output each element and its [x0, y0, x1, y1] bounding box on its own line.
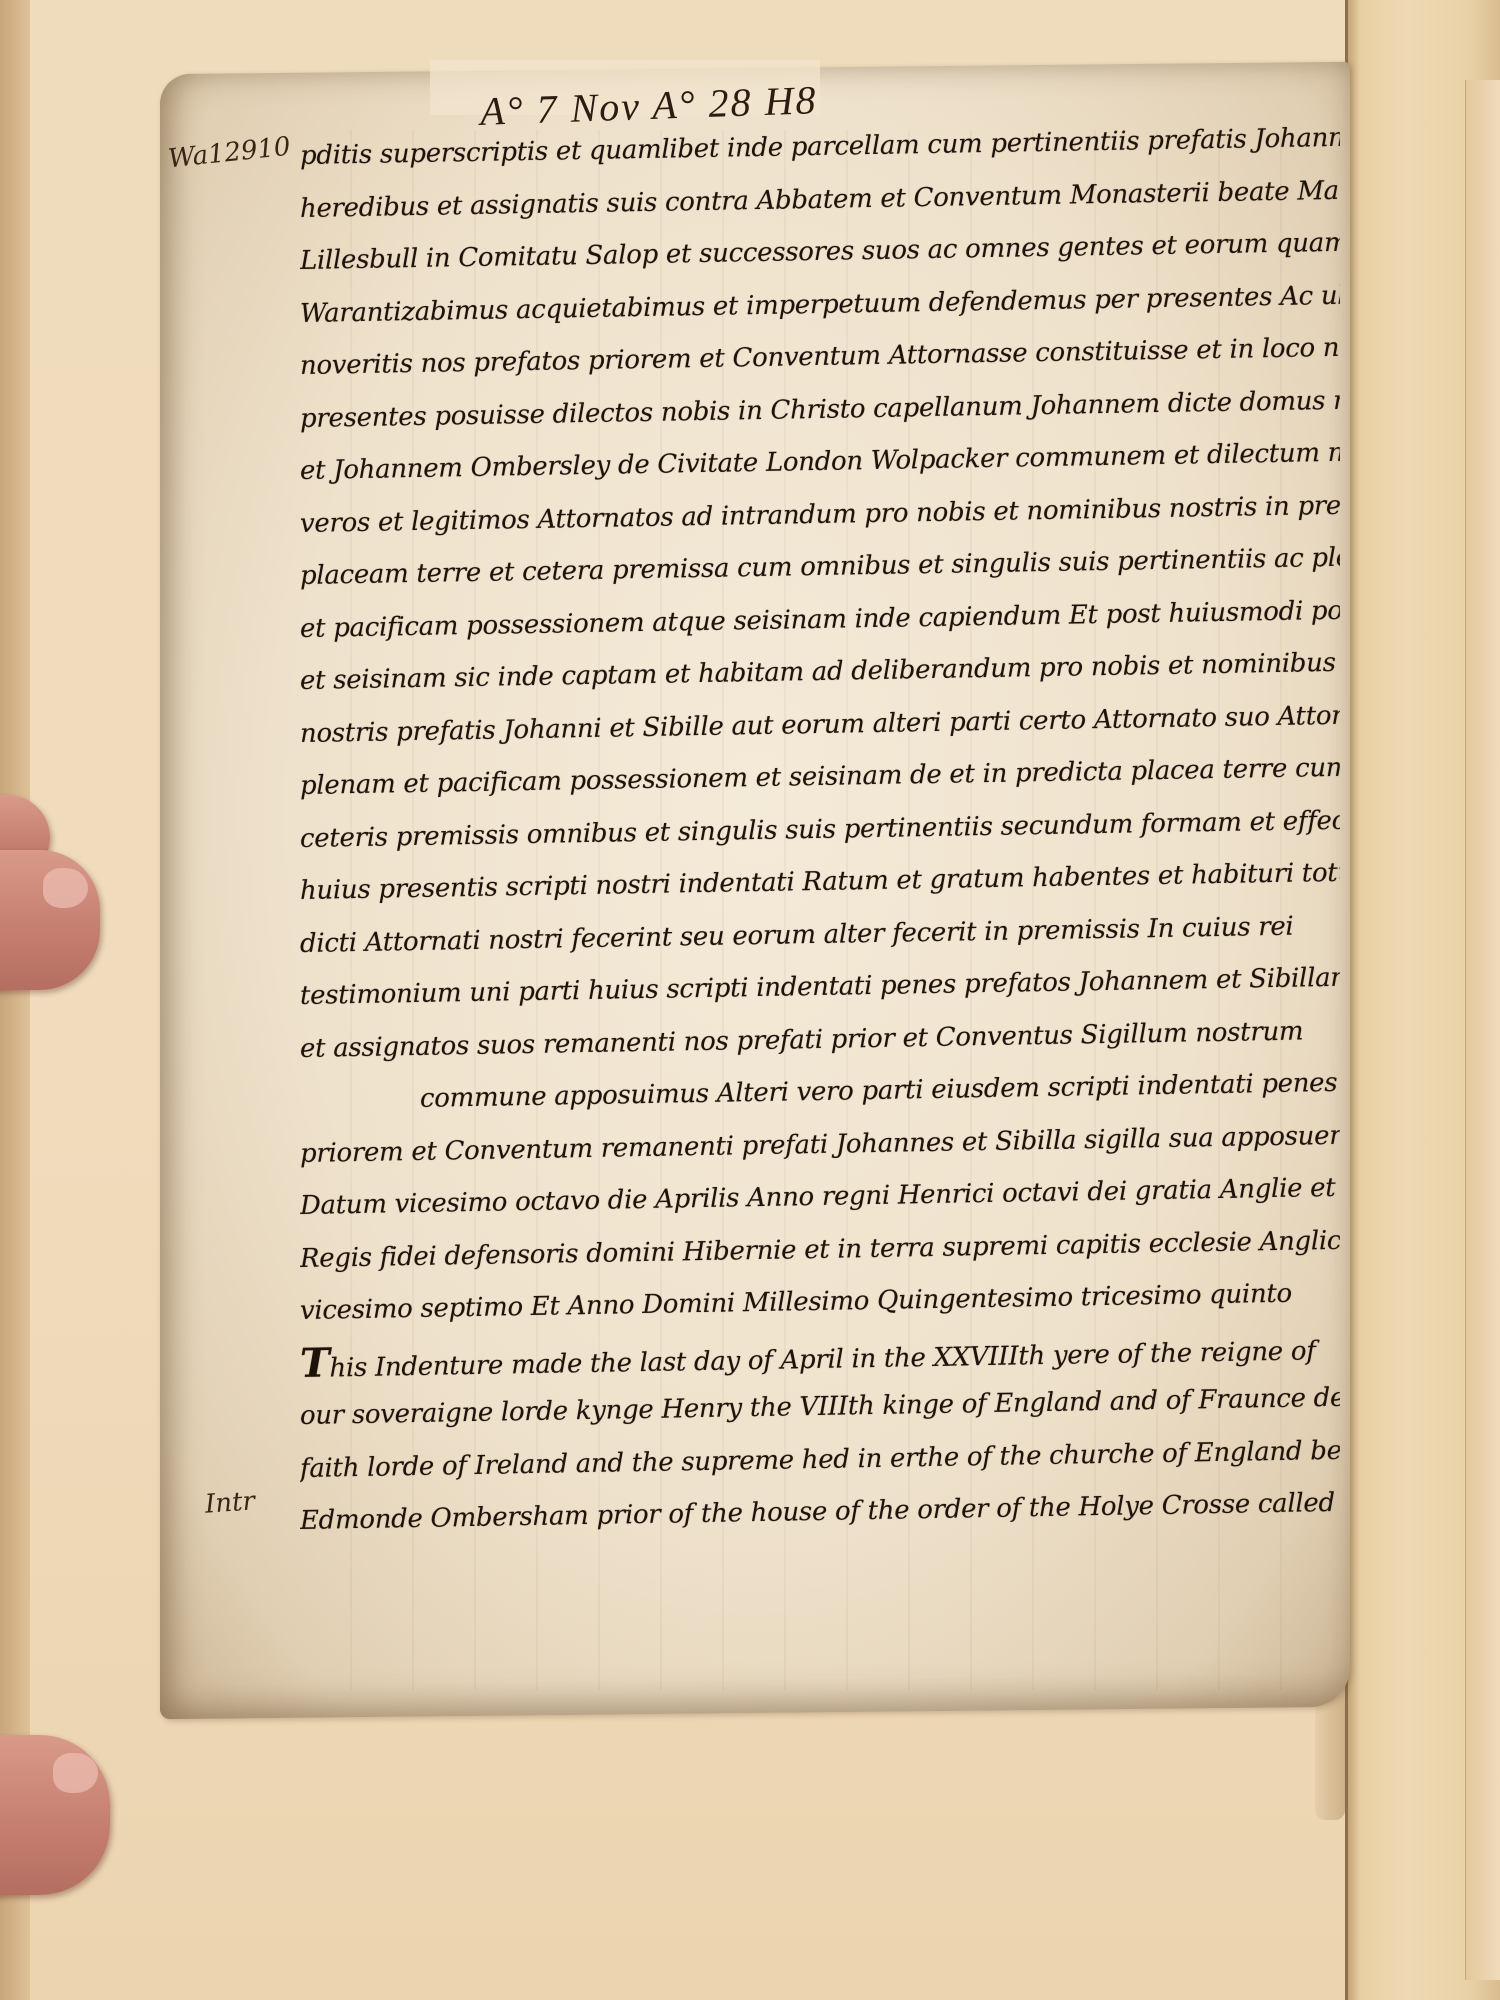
fingernail: [43, 868, 88, 908]
finger-holding-page: [0, 850, 100, 990]
fingernail: [53, 1753, 98, 1793]
margin-note-bottom: Intr: [204, 1486, 256, 1519]
manuscript-text: pditis superscriptis et quamlibet inde p…: [300, 130, 1340, 1548]
facing-page-edge: [1465, 80, 1500, 1980]
